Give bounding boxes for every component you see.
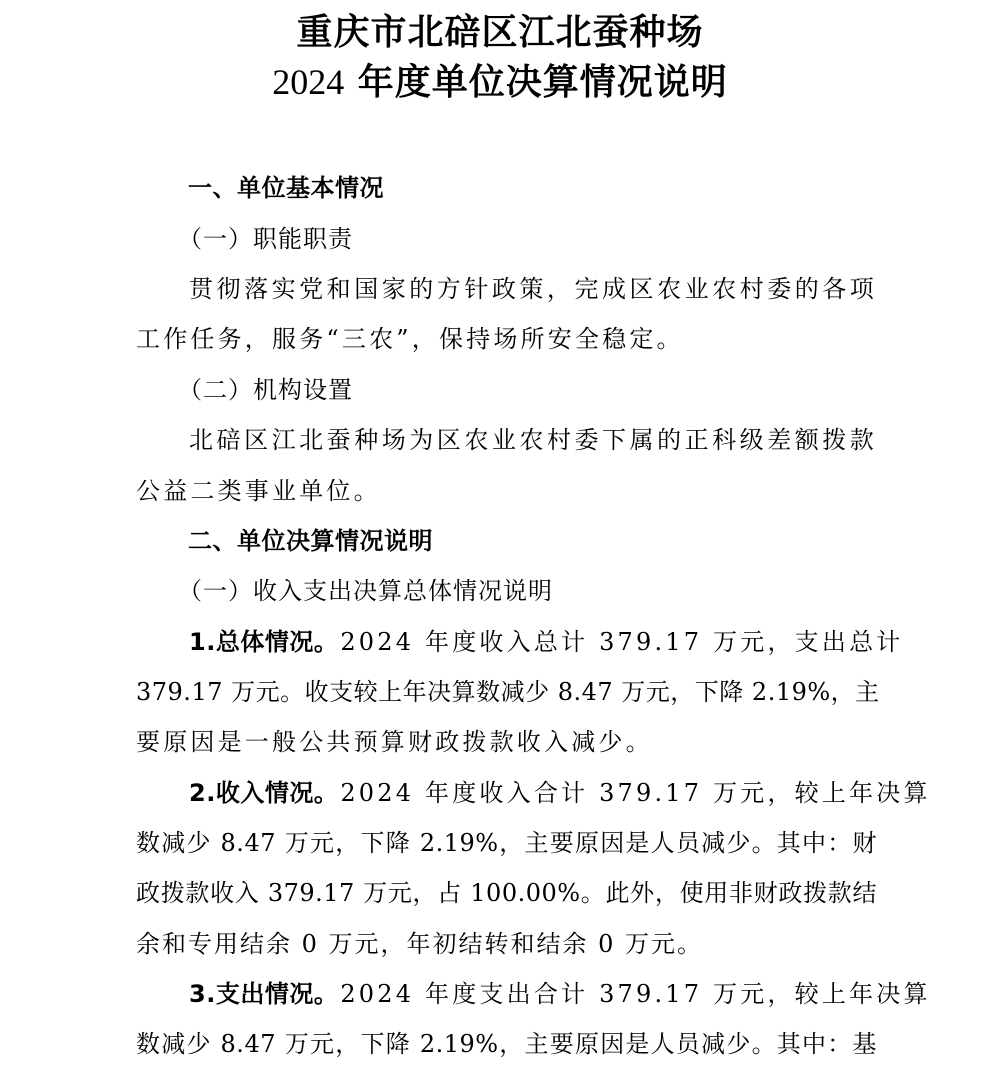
document-title-line2: 2024 年度单位决算情况说明 (0, 62, 1000, 102)
paragraph-line: 公益二类事业单位。 (136, 474, 381, 508)
paragraph-line: 余和专用结余 0 万元，年初结转和结余 0 万元。 (136, 927, 703, 961)
paragraph-line: 政拨款收入 379.17 万元，占 100.00%。此外，使用非财政拨款结 (136, 876, 877, 910)
paragraph-overall: 1.总体情况。 2024 年度收入总计 379.17 万元，支出总计 (189, 625, 877, 659)
paragraph-line: 要原因是一般公共预算财政拨款收入减少。 (136, 725, 653, 759)
paragraph-line: 2024 年度支出合计 379.17 万元，较上年决算 (340, 977, 930, 1011)
paragraph-income: 2.收入情况。 2024 年度收入合计 379.17 万元，较上年决算 (189, 776, 877, 810)
paragraph-lead: 1.总体情况。 (189, 625, 338, 659)
document-page: 重庆市北碚区江北蚕种场 2024 年度单位决算情况说明 一、单位基本情况 （一）… (0, 0, 1000, 1068)
paragraph-expenditure: 3.支出情况。 2024 年度支出合计 379.17 万元，较上年决算 (189, 977, 877, 1011)
paragraph-line: 工作任务，服务“三农”，保持场所安全稳定。 (136, 322, 684, 356)
section-heading-final-accounts: 二、单位决算情况说明 (188, 524, 433, 558)
title-rest: 年度单位决算情况说明 (344, 61, 728, 103)
paragraph-line: 379.17 万元。收支较上年决算数减少 8.47 万元，下降 2.19%，主 (136, 675, 877, 709)
subheading-functions: （一）职能职责 (178, 222, 353, 256)
paragraph-line: 贯彻落实党和国家的方针政策，完成区农业农村委的各项 (189, 272, 877, 306)
paragraph-line: 2024 年度收入合计 379.17 万元，较上年决算 (340, 776, 930, 810)
document-title-line1: 重庆市北碚区江北蚕种场 (0, 12, 1000, 52)
paragraph-line: 北碚区江北蚕种场为区农业农村委下属的正科级差额拨款 (189, 423, 877, 457)
section-heading-basic-info: 一、单位基本情况 (188, 171, 384, 205)
paragraph-line: 数减少 8.47 万元，下降 2.19%，主要原因是人员减少。其中：基 (136, 1027, 877, 1061)
paragraph-line: 数减少 8.47 万元，下降 2.19%，主要原因是人员减少。其中：财 (136, 826, 877, 860)
title-year: 2024 (272, 62, 344, 102)
paragraph-lead: 2.收入情况。 (189, 776, 338, 810)
subheading-organization: （二）机构设置 (178, 373, 353, 407)
paragraph-line: 2024 年度收入总计 379.17 万元，支出总计 (340, 625, 903, 659)
subheading-income-expense-overview: （一）收入支出决算总体情况说明 (178, 574, 553, 608)
paragraph-lead: 3.支出情况。 (189, 977, 338, 1011)
